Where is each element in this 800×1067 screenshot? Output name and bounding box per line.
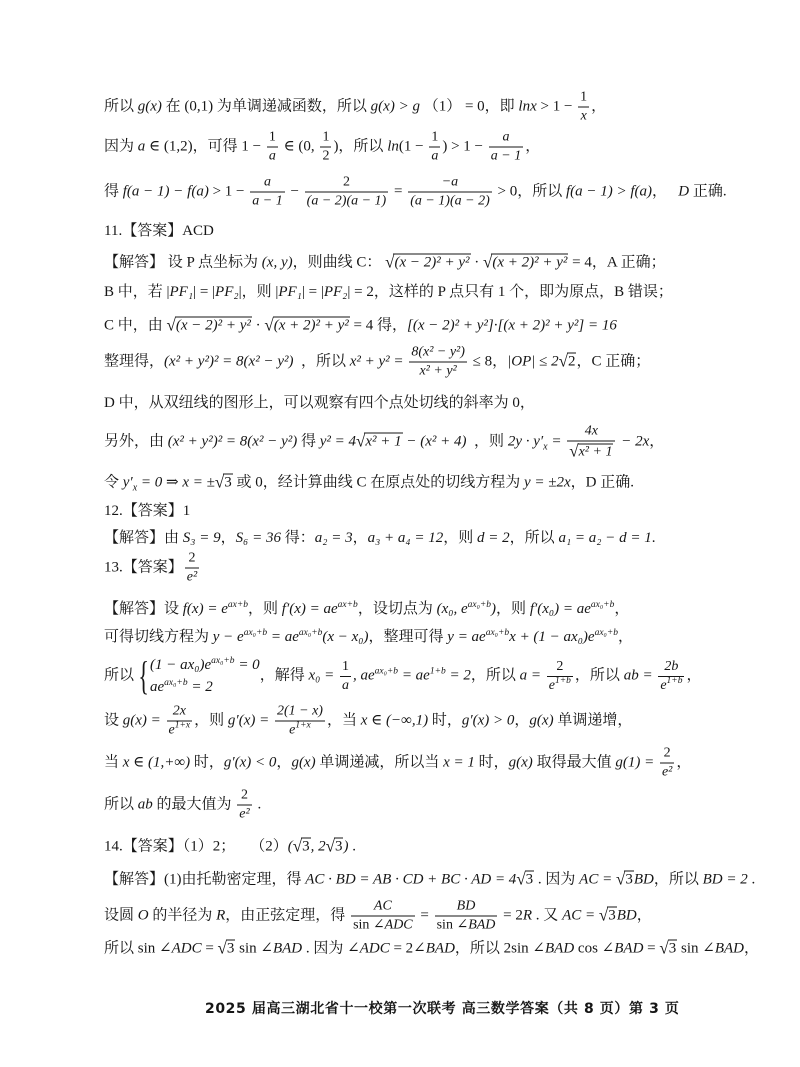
math-run: x₀ = bbox=[308, 667, 338, 683]
math-run: f(a − 1) − f(a) bbox=[123, 183, 209, 199]
text-run: ，则 bbox=[443, 530, 477, 546]
text-run: . bbox=[652, 530, 656, 546]
superscript: ax₀+b bbox=[375, 666, 398, 676]
math-run: PF₂ bbox=[324, 284, 348, 300]
math-run: f(x) = e bbox=[183, 601, 228, 617]
text-run: ， bbox=[353, 530, 368, 546]
radical-sign: √ bbox=[293, 837, 302, 856]
text-run: ， bbox=[614, 601, 629, 617]
text-run: = 4 得， bbox=[350, 318, 407, 334]
denominator: e1+x bbox=[275, 722, 325, 739]
text-run: 所以 bbox=[104, 796, 138, 812]
text-run: = bbox=[643, 941, 659, 957]
solution-line: 可得切线方程为 y − eax₀+b = aeax₀+b(x − x₀)，整理可… bbox=[104, 627, 633, 647]
square-root: √x² + 1 bbox=[569, 443, 613, 461]
text-run: 得 bbox=[104, 183, 123, 199]
superscript: 1+b bbox=[667, 676, 683, 686]
radical-sign: √ bbox=[326, 837, 335, 856]
fraction: 2(a − 2)(a − 1) bbox=[305, 175, 389, 210]
fraction: aa − 1 bbox=[250, 175, 284, 210]
math-run: BAD bbox=[614, 941, 643, 957]
text-run: ，所以 bbox=[471, 667, 520, 683]
math-run: S₃ = 9 bbox=[183, 530, 221, 546]
superscript: ax₀+b bbox=[468, 600, 491, 610]
numerator: 1 bbox=[340, 659, 351, 677]
math-run: AC · BD = AB · CD + BC · AD = 4 bbox=[305, 872, 516, 888]
math-run: 2y · y′ bbox=[508, 433, 543, 449]
math-run: (x₀, e bbox=[437, 601, 468, 617]
denominator: 2 bbox=[320, 148, 331, 165]
answer-heading-12: 12.【答案】1 bbox=[104, 501, 190, 521]
system-row: aeax₀+b = 2 bbox=[150, 676, 260, 698]
text-run: · bbox=[252, 318, 265, 334]
math-run: BD bbox=[617, 907, 637, 923]
math-run: = 2 bbox=[188, 679, 213, 695]
text-run: . 因为 bbox=[534, 872, 579, 888]
answer-heading-11: 11.【答案】ACD bbox=[104, 221, 214, 241]
answer-label: 12.【答案】1 bbox=[104, 503, 190, 519]
text-run: 或 0，经计算曲线 C 在原点处的切线方程为 bbox=[233, 475, 524, 491]
radicand: 3 bbox=[223, 474, 233, 491]
math-run: ADC bbox=[385, 918, 413, 933]
text-run: . bbox=[748, 872, 756, 888]
denominator: sin ∠ADC bbox=[351, 917, 415, 934]
radicand: (x + 2)² + y² bbox=[273, 317, 350, 334]
text-run: = 2∠ bbox=[390, 941, 426, 957]
math-run: R bbox=[216, 907, 225, 923]
square-root: √(x + 2)² + y² bbox=[264, 315, 349, 336]
math-run: d = 2 bbox=[477, 530, 510, 546]
fraction: 2e² bbox=[660, 746, 674, 781]
text-run: ，D 正确. bbox=[571, 475, 634, 491]
superscript: 1+x bbox=[175, 721, 190, 731]
text-run: ， bbox=[686, 667, 701, 683]
math-run: x + (1 − ax₀)e bbox=[509, 629, 594, 645]
text-run: ， bbox=[618, 629, 633, 645]
math-run: (x − x₀) bbox=[322, 629, 368, 645]
text-run: ， bbox=[525, 138, 540, 154]
solution-line: B 中，若 |PF₁| = |PF₂|，则 |PF₁| = |PF₂| = 2，… bbox=[104, 282, 673, 302]
text-run: B 中，若 | bbox=[104, 284, 170, 300]
text-run: 设 bbox=[104, 712, 123, 728]
square-root: √3 bbox=[659, 938, 677, 959]
math-run: a₃ + a₄ = 12 bbox=[368, 530, 444, 546]
text-run: ， bbox=[652, 183, 678, 199]
text-run: > 1 − bbox=[537, 98, 576, 114]
math-run: D bbox=[678, 183, 689, 199]
solution-line: 整理得，(x² + y²)² = 8(x² − y²) ，所以 x² + y² … bbox=[104, 345, 650, 380]
text-run: | = 2，这样的 P 点只有 1 个，即为原点，B 错误； bbox=[347, 284, 673, 300]
denominator: a − 1 bbox=[489, 148, 523, 165]
solution-line: 所以 sin ∠ADC = √3 sin ∠BAD . 因为 ∠ADC = 2∠… bbox=[104, 938, 759, 959]
math-run: ab = bbox=[624, 667, 657, 683]
radicand: (x − 2)² + y² bbox=[175, 317, 252, 334]
text-run: ，解得 bbox=[260, 667, 309, 683]
text-run: ， bbox=[591, 98, 606, 114]
superscript: ax+b bbox=[228, 600, 248, 610]
text-run: ， bbox=[276, 754, 291, 770]
math-run: , 2 bbox=[311, 839, 326, 855]
denominator: x bbox=[578, 108, 589, 125]
math-run: BAD bbox=[468, 918, 495, 933]
radical-sign: √ bbox=[516, 870, 525, 889]
text-run: . bbox=[348, 839, 356, 855]
fraction: aa − 1 bbox=[489, 130, 523, 165]
math-run: (x² + y²)² = 8(x² − y²) bbox=[168, 433, 297, 449]
radicand: 3 bbox=[226, 940, 236, 957]
math-run: f(a − 1) > f(a) bbox=[566, 183, 652, 199]
math-run: g(x) bbox=[291, 754, 315, 770]
square-root: √x² + 1 bbox=[356, 430, 403, 451]
text-run: = bbox=[390, 183, 406, 199]
numerator: AC bbox=[351, 899, 415, 917]
text-run: ，则曲线 C： bbox=[293, 255, 386, 271]
math-run: BAD bbox=[273, 941, 302, 957]
math-run: BAD bbox=[426, 941, 455, 957]
denominator: e1+b bbox=[658, 677, 684, 694]
square-root: √3 bbox=[326, 836, 344, 857]
text-run: ，当 bbox=[327, 712, 361, 728]
square-root: √3 bbox=[215, 472, 233, 493]
text-run: ， bbox=[744, 941, 759, 957]
math-run: AC = bbox=[562, 907, 599, 923]
math-run: ADC bbox=[172, 941, 202, 957]
text-run: 令 bbox=[104, 475, 123, 491]
text-run: ， bbox=[676, 754, 691, 770]
math-run: (x, y) bbox=[262, 255, 293, 271]
math-run: g(x) bbox=[509, 754, 533, 770]
text-run: 得 bbox=[297, 433, 320, 449]
denominator: a bbox=[340, 677, 351, 694]
square-root: √2 bbox=[559, 350, 577, 371]
left-brace: { bbox=[138, 656, 149, 696]
numerator: 2 bbox=[305, 175, 389, 193]
math-run: = ae bbox=[267, 629, 299, 645]
math-run: PF₁ bbox=[170, 284, 194, 300]
text-run: )，所以 bbox=[333, 138, 387, 154]
radical-sign: √ bbox=[356, 431, 365, 450]
document-page: 所以 g(x) 在 (0,1) 为单调递减函数，所以 g(x) > g （1） … bbox=[0, 0, 800, 1067]
numerator: 2 bbox=[237, 788, 251, 806]
numerator: 1 bbox=[429, 130, 440, 148]
text-run: | = | bbox=[193, 284, 215, 300]
answer-label: 14.【答案】（1）2； （2） bbox=[104, 839, 288, 855]
denominator: e² bbox=[185, 569, 199, 586]
denominator: a bbox=[429, 148, 440, 165]
answer-heading-14: 14.【答案】（1）2； （2）(√3, 2√3) . bbox=[104, 836, 356, 857]
text-run: sin ∠ bbox=[353, 918, 385, 933]
math-run: (x² + y²)² = 8(x² − y²) bbox=[164, 353, 293, 369]
radicand: 3 bbox=[607, 906, 617, 923]
radicand: (x + 2)² + y² bbox=[491, 254, 568, 271]
radicand: (x − 2)² + y² bbox=[393, 254, 470, 271]
text-run: 当 bbox=[104, 754, 123, 770]
text-run: （1） = 0，即 bbox=[420, 98, 518, 114]
solution-line: 所以 g(x) 在 (0,1) 为单调递减函数，所以 g(x) > g （1） … bbox=[104, 90, 606, 125]
math-run: g′(x) < 0 bbox=[224, 754, 277, 770]
denominator: (a − 2)(a − 1) bbox=[305, 193, 389, 210]
math-run: y² = 4 bbox=[320, 433, 356, 449]
math-run: BAD bbox=[545, 941, 574, 957]
system-row: (1 − ax₀)eax₀+b = 0 bbox=[150, 654, 260, 676]
text-run: 因为 bbox=[104, 138, 138, 154]
math-run: y = ±2x bbox=[524, 475, 571, 491]
text-run: ， bbox=[649, 433, 664, 449]
denominator: (a − 1)(a − 2) bbox=[408, 193, 492, 210]
numerator: 2x bbox=[167, 704, 193, 722]
math-run: lnx bbox=[518, 98, 536, 114]
denominator: e² bbox=[237, 806, 251, 823]
radical-sign: √ bbox=[559, 351, 568, 370]
denominator: sin ∠BAD bbox=[435, 917, 498, 934]
math-run: g′(x) = bbox=[228, 712, 273, 728]
text-run: ，则 bbox=[496, 601, 530, 617]
fraction: 4x√x² + 1 bbox=[567, 424, 615, 461]
math-run: f′(x₀) = ae bbox=[530, 601, 591, 617]
math-run: x ∈ (−∞,1) bbox=[361, 712, 428, 728]
math-run: , ae bbox=[353, 667, 375, 683]
math-run: y′ bbox=[123, 475, 133, 491]
radicand: 3 bbox=[668, 940, 678, 957]
solution-line: D 中，从双纽线的图形上，可以观察有四个点处切线的斜率为 0， bbox=[104, 393, 535, 413]
fraction: 2(1 − x)e1+x bbox=[275, 704, 325, 739]
radical-sign: √ bbox=[385, 253, 394, 272]
math-run: = 0 ⇒ x = ± bbox=[137, 475, 215, 491]
superscript: ax₀+b bbox=[164, 678, 187, 688]
text-run: 设圆 bbox=[104, 907, 138, 923]
text-run: ，所以 2sin ∠ bbox=[455, 941, 545, 957]
math-run: ADC bbox=[360, 941, 390, 957]
solution-line: 所以 {(1 − ax₀)eax₀+b = 0aeax₀+b = 2，解得 x₀… bbox=[104, 654, 701, 698]
solution-line: 因为 a ∈ (1,2)，可得 1 − 1a ∈ (0, 12)，所以 ln(1… bbox=[104, 130, 540, 165]
text-run: 可得切线方程为 bbox=[104, 629, 213, 645]
math-run: a = bbox=[520, 667, 545, 683]
equation-system: {(1 − ax₀)eax₀+b = 0aeax₀+b = 2 bbox=[138, 654, 260, 698]
solution-line: 得 f(a − 1) − f(a) > 1 − aa − 1 − 2(a − 2… bbox=[104, 175, 727, 210]
math-run: = ae bbox=[398, 667, 430, 683]
text-run: 【解答】(1)由托勒密定理，得 bbox=[104, 872, 305, 888]
math-run: a₂ = 3 bbox=[315, 530, 353, 546]
text-run: ) > 1 − bbox=[442, 138, 486, 154]
numerator: −a bbox=[408, 175, 492, 193]
text-run: 取得最大值 bbox=[533, 754, 616, 770]
numerator: a bbox=[250, 175, 284, 193]
answer-label: 13.【答案】 bbox=[104, 559, 183, 575]
math-run: (1 − ax₀)e bbox=[150, 657, 211, 673]
text-run: = 2 bbox=[499, 907, 522, 923]
fraction: 2xe1+x bbox=[167, 704, 193, 739]
radical-sign: √ bbox=[483, 253, 492, 272]
superscript: ax+b bbox=[338, 600, 358, 610]
text-run: 在 (0,1) 为单调递减函数，所以 bbox=[162, 98, 371, 114]
numerator: 2b bbox=[658, 659, 684, 677]
square-root: √(x + 2)² + y² bbox=[483, 252, 568, 273]
math-run: x = 1 bbox=[443, 754, 475, 770]
math-run: g′(x) > 0 bbox=[462, 712, 515, 728]
numerator: 2 bbox=[547, 659, 573, 677]
text-run: ，则 bbox=[248, 601, 282, 617]
math-run: R bbox=[523, 907, 532, 923]
text-run: D 中，从双纽线的图形上，可以观察有四个点处切线的斜率为 0， bbox=[104, 395, 535, 411]
text-run: ，则 bbox=[194, 712, 228, 728]
solution-line: 设 g(x) = 2xe1+x，则 g′(x) = 2(1 − x)e1+x，当… bbox=[104, 704, 632, 739]
text-run: ≤ 8， bbox=[469, 353, 507, 369]
text-run: . 又 bbox=[532, 907, 562, 923]
text-run: ∈ (1,2)，可得 1 − bbox=[145, 138, 265, 154]
square-root: √(x − 2)² + y² bbox=[385, 252, 470, 273]
solution-line: 令 y′x = 0 ⇒ x = ±√3 或 0，经计算曲线 C 在原点处的切线方… bbox=[104, 472, 634, 493]
superscript: 1+b bbox=[430, 666, 446, 676]
superscript: ax₀+b bbox=[244, 628, 267, 638]
text-run: 得： bbox=[281, 530, 315, 546]
math-run: ab bbox=[138, 796, 153, 812]
math-run: f′(x) = ae bbox=[282, 601, 338, 617]
text-run: 【解答】设 bbox=[104, 601, 183, 617]
radicand: 3 bbox=[525, 871, 535, 888]
text-run: C 中，由 bbox=[104, 318, 167, 334]
solution-line: 当 x ∈ (1,+∞) 时，g′(x) < 0，g(x) 单调递减，所以当 x… bbox=[104, 746, 691, 781]
superscript: ax₀+b bbox=[591, 600, 614, 610]
text-run: 单调递减，所以当 bbox=[316, 754, 444, 770]
radicand: 3 bbox=[301, 838, 311, 855]
solution-line: 【解答】(1)由托勒密定理，得 AC · BD = AB · CD + BC ·… bbox=[104, 869, 755, 890]
solution-line: 另外，由 (x² + y²)² = 8(x² − y²) 得 y² = 4√x²… bbox=[104, 424, 664, 461]
radical-sign: √ bbox=[599, 905, 608, 924]
math-run: BD = 2 bbox=[703, 872, 748, 888]
superscript: 1+x bbox=[295, 721, 310, 731]
radicand: x² + 1 bbox=[364, 432, 402, 449]
text-run: sin ∠ bbox=[437, 918, 469, 933]
math-run: O bbox=[138, 907, 149, 923]
text-run: sin ∠ bbox=[677, 941, 715, 957]
denominator: √x² + 1 bbox=[567, 442, 615, 461]
text-run: | = | bbox=[302, 284, 324, 300]
text-run: > 0，所以 bbox=[494, 183, 566, 199]
square-root: √(x − 2)² + y² bbox=[167, 315, 252, 336]
square-root: √3 bbox=[516, 869, 534, 890]
numerator: 2 bbox=[660, 746, 674, 764]
square-root: √3 bbox=[599, 904, 617, 925]
text-run: sin ∠ bbox=[235, 941, 273, 957]
denominator: e1+x bbox=[167, 722, 193, 739]
denominator: a bbox=[267, 148, 278, 165]
text-run: · bbox=[471, 255, 484, 271]
math-run: PF₁ bbox=[278, 284, 302, 300]
math-run: y = ae bbox=[447, 629, 485, 645]
system-rows: (1 − ax₀)eax₀+b = 0aeax₀+b = 2 bbox=[150, 654, 260, 698]
text-run: 时， bbox=[190, 754, 224, 770]
superscript: ax₀+b bbox=[211, 656, 234, 666]
square-root: √3 bbox=[616, 869, 634, 890]
text-run: 整理得， bbox=[104, 353, 164, 369]
text-run: 的半径为 bbox=[149, 907, 217, 923]
fraction: BDsin ∠BAD bbox=[435, 899, 498, 934]
denominator: x² + y² bbox=[409, 363, 467, 380]
text-run: ， bbox=[514, 712, 529, 728]
radical-sign: √ bbox=[616, 870, 625, 889]
text-run: ，所以 bbox=[293, 353, 349, 369]
math-run: g(x) = bbox=[123, 712, 165, 728]
numerator: 2(1 − x) bbox=[275, 704, 325, 722]
math-run: x ∈ (1,+∞) bbox=[123, 754, 190, 770]
radical-sign: √ bbox=[167, 316, 176, 335]
math-run: S₆ = 36 bbox=[236, 530, 281, 546]
text-run: ， bbox=[221, 530, 236, 546]
radical-sign: √ bbox=[659, 939, 668, 958]
fraction: 2be1+b bbox=[658, 659, 684, 694]
fraction: 2e1+b bbox=[547, 659, 573, 694]
answer-label: 11.【答案】ACD bbox=[104, 223, 214, 239]
text-run: 【解答】由 bbox=[104, 530, 183, 546]
radical-sign: √ bbox=[215, 473, 224, 492]
text-run: ，整理可得 bbox=[369, 629, 448, 645]
text-run: cos ∠ bbox=[574, 941, 614, 957]
text-run: 所以 sin ∠ bbox=[104, 941, 172, 957]
text-run: (1 − bbox=[399, 138, 427, 154]
text-run: > 1 − bbox=[209, 183, 248, 199]
text-run: = 4，A 正确； bbox=[568, 255, 665, 271]
text-run: − bbox=[287, 183, 303, 199]
text-run: ∈ (0, bbox=[280, 138, 319, 154]
fraction: 12 bbox=[320, 130, 331, 165]
text-run: = bbox=[417, 907, 433, 923]
denominator: a − 1 bbox=[250, 193, 284, 210]
text-run: 另外，由 bbox=[104, 433, 168, 449]
numerator: 1 bbox=[578, 90, 589, 108]
text-run: 的最大值为 bbox=[153, 796, 236, 812]
math-run: ae bbox=[150, 679, 164, 695]
radical-sign: √ bbox=[218, 939, 227, 958]
superscript: ax₀+b bbox=[299, 628, 322, 638]
math-run: = bbox=[548, 433, 566, 449]
solution-line: C 中，由 √(x − 2)² + y² · √(x + 2)² + y² = … bbox=[104, 315, 617, 336]
text-run: ，则 bbox=[467, 433, 508, 449]
superscript: ax₀+b bbox=[595, 628, 618, 638]
math-run: a₁ = a₂ − d = 1 bbox=[558, 530, 651, 546]
math-run: ln bbox=[387, 138, 399, 154]
math-run: g(x) bbox=[529, 712, 553, 728]
math-run: = 2 bbox=[446, 667, 471, 683]
math-run: = 0 bbox=[235, 657, 260, 673]
numerator: 1 bbox=[320, 130, 331, 148]
superscript: ax₀+b bbox=[486, 628, 509, 638]
square-root: √3 bbox=[293, 836, 311, 857]
text-run: = bbox=[202, 941, 218, 957]
radical-sign: √ bbox=[264, 316, 273, 335]
math-run: |OP| ≤ 2 bbox=[507, 353, 558, 369]
fraction: −a(a − 1)(a − 2) bbox=[408, 175, 492, 210]
solution-line: 【解答】由 S₃ = 9，S₆ = 36 得：a₂ = 3，a₃ + a₄ = … bbox=[104, 528, 655, 548]
text-run: ，设切点为 bbox=[358, 601, 437, 617]
text-run: ，所以 bbox=[510, 530, 559, 546]
text-run: 所以 bbox=[104, 667, 138, 683]
numerator: BD bbox=[435, 899, 498, 917]
math-run: BD bbox=[634, 872, 654, 888]
text-run: ，所以 bbox=[575, 667, 624, 683]
math-run: y − e bbox=[213, 629, 244, 645]
solution-line: 【解答】设 f(x) = eax+b，则 f′(x) = aeax+b，设切点为… bbox=[104, 599, 629, 619]
text-run: . 因为 ∠ bbox=[302, 941, 360, 957]
math-run: g(1) = bbox=[615, 754, 658, 770]
numerator: 1 bbox=[267, 130, 278, 148]
text-run: 时， bbox=[475, 754, 509, 770]
page-footer: 2025 届高三湖北省十一校第一次联考 高三数学答案（共 8 页）第 3 页 bbox=[205, 998, 680, 1018]
text-run: ，由正弦定理，得 bbox=[225, 907, 349, 923]
math-run: BAD bbox=[715, 941, 744, 957]
math-run: AC = bbox=[579, 872, 616, 888]
text-run: 所以 bbox=[104, 98, 138, 114]
fraction: 1a bbox=[429, 130, 440, 165]
